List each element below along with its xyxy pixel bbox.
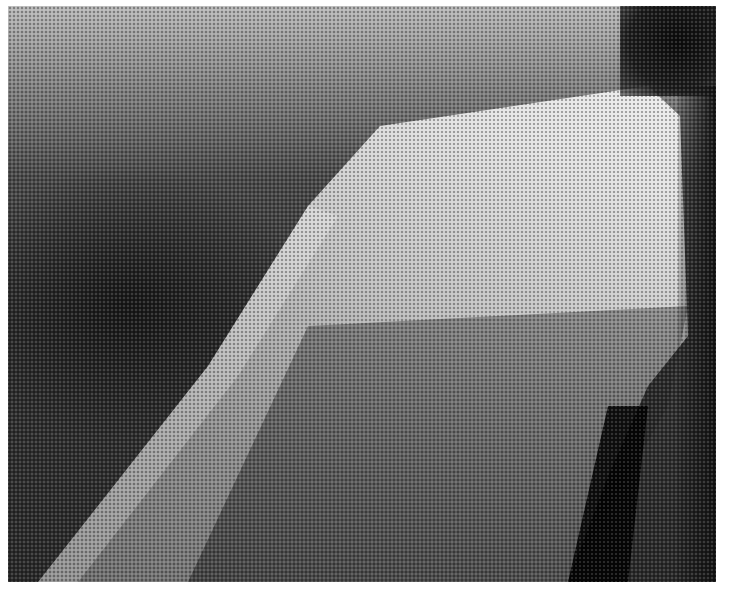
halftone-dot-overlay xyxy=(8,6,716,582)
halftone-photograph xyxy=(8,6,716,582)
